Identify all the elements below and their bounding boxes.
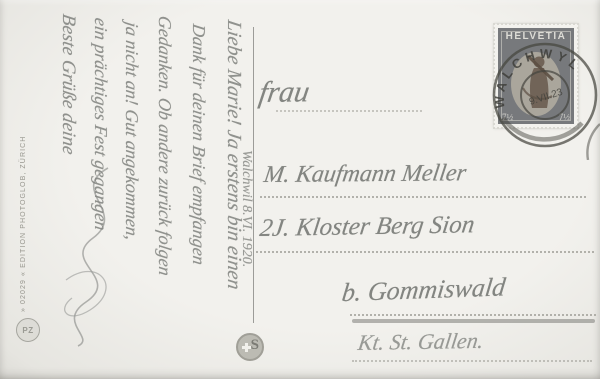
pencil-underline: [352, 319, 595, 323]
stamp-design: HELVETIA 7½ 7½: [498, 28, 574, 124]
publisher-imprint: » 02029 « EDITION PHOTOGLOB, ZÜRICH: [20, 84, 32, 312]
address-street: 2J. Kloster Berg Sion: [258, 211, 476, 243]
signature-flourish: [38, 160, 148, 350]
address-canton: Kt. St. Gallen.: [356, 328, 485, 356]
handwritten-dateline: Walchwil 8.VI. 1920.: [236, 150, 254, 328]
address-rule-5: [352, 360, 592, 362]
message-line: Beste Grüße deine: [57, 12, 79, 155]
address-rule-3: [256, 251, 594, 253]
address-town: b. Gommiswald: [340, 272, 507, 308]
stamp-value-right: 7½: [559, 112, 570, 122]
stamp-inner-frame: [501, 31, 571, 121]
postage-stamp: HELVETIA 7½ 7½: [494, 24, 578, 128]
address-recipient-name: M. Kaufmann Meller: [262, 160, 468, 189]
emblem-letter: S: [251, 337, 259, 354]
address-rule-2: [260, 196, 586, 198]
message-line: Dank für deinen Brief empfangen: [188, 23, 209, 267]
address-rule-1: [276, 110, 422, 112]
address-recipient-title: frau: [257, 75, 312, 110]
stamp-country-label: HELVETIA: [498, 31, 574, 42]
postcard-back: » 02029 « EDITION PHOTOGLOB, ZÜRICH PZ S…: [0, 0, 600, 379]
address-rule-4: [350, 314, 596, 316]
photoglob-pz-logo-icon: PZ: [16, 318, 40, 342]
message-line: Gedanken. Ob andere zurück folgen: [154, 15, 175, 278]
stamp-value-left: 7½: [502, 112, 513, 122]
